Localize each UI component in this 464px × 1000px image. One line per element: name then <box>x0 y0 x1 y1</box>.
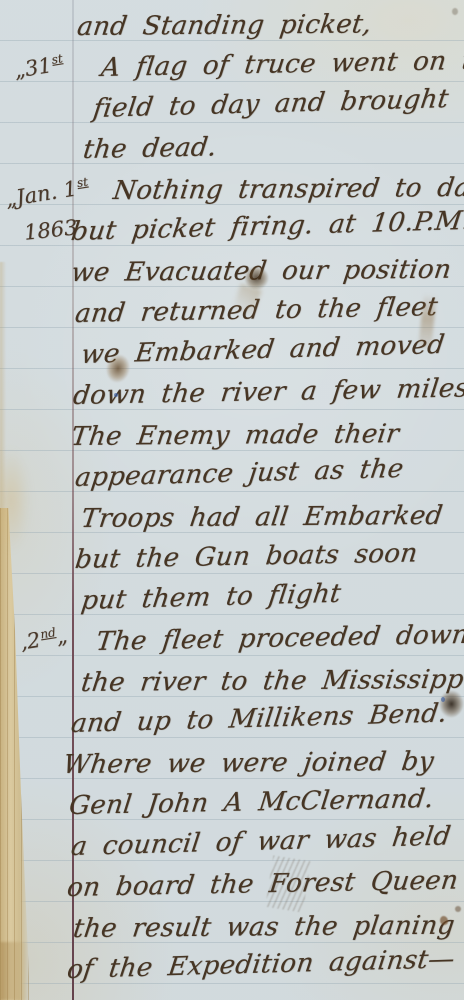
margin-date-note: „31st <box>12 51 65 82</box>
handwriting-text: Genl John A McClernand. <box>67 782 435 823</box>
handwriting-text: Troops had all Embarked <box>79 499 445 536</box>
margin-date-note: ‚2nd„ <box>18 623 69 654</box>
handwriting-line: but the Gun boats soon <box>0 543 464 584</box>
handwriting-line: on board the Forest Queen <box>0 871 464 912</box>
handwriting-text: put them to flight <box>79 577 343 618</box>
handwriting-line: of the Expedition against— <box>0 953 464 994</box>
margin-date-note: „Jan. 1st <box>4 175 91 212</box>
margin-note-text: Jan. 1 <box>14 176 78 209</box>
handwriting-line: down the river a few miles. <box>0 379 464 420</box>
handwriting-line: appearance just as the <box>0 461 464 502</box>
handwriting-text: we Evacuated our position <box>69 253 453 290</box>
text-block: and Standing picket, „31st A flag of tru… <box>0 10 464 994</box>
handwriting-text: and Standing picket, <box>75 7 373 44</box>
handwriting-text: on board the Forest Queen <box>65 864 460 905</box>
handwriting-line: ‚2nd„ The fleet proceeded down <box>0 625 464 666</box>
margin-note-superscript: st <box>51 51 64 67</box>
handwriting-text: Nothing transpired to day <box>111 171 464 208</box>
handwriting-text: but the Gun boats soon <box>73 536 419 577</box>
margin-note-superscript: st <box>76 175 89 191</box>
margin-note-suffix: „ <box>54 623 69 648</box>
handwriting-line: and up to Millikens Bend. <box>0 707 464 748</box>
handwriting-text: the result was the planing <box>71 909 457 946</box>
handwriting-line: field to day and brought off <box>0 92 464 133</box>
handwriting-text: The Enemy made their <box>69 417 401 454</box>
handwriting-line: 1863 but picket firing. at 10.P.M. <box>0 215 464 256</box>
margin-note-text: 31 <box>23 53 53 81</box>
diary-page: and Standing picket, „31st A flag of tru… <box>0 0 464 1000</box>
handwriting-text: The fleet proceeded down <box>94 618 464 659</box>
handwriting-text: Where we were joined by <box>61 745 436 782</box>
handwriting-text: the dead. <box>81 130 218 167</box>
handwriting-text: down the river a few miles. <box>71 371 464 413</box>
handwriting-line: the dead. <box>0 133 464 174</box>
handwriting-text: the river to the Mississippi <box>79 663 464 700</box>
handwriting-text: and returned to the fleet <box>73 290 440 331</box>
handwriting-text: A flag of truce went on the <box>99 43 464 85</box>
